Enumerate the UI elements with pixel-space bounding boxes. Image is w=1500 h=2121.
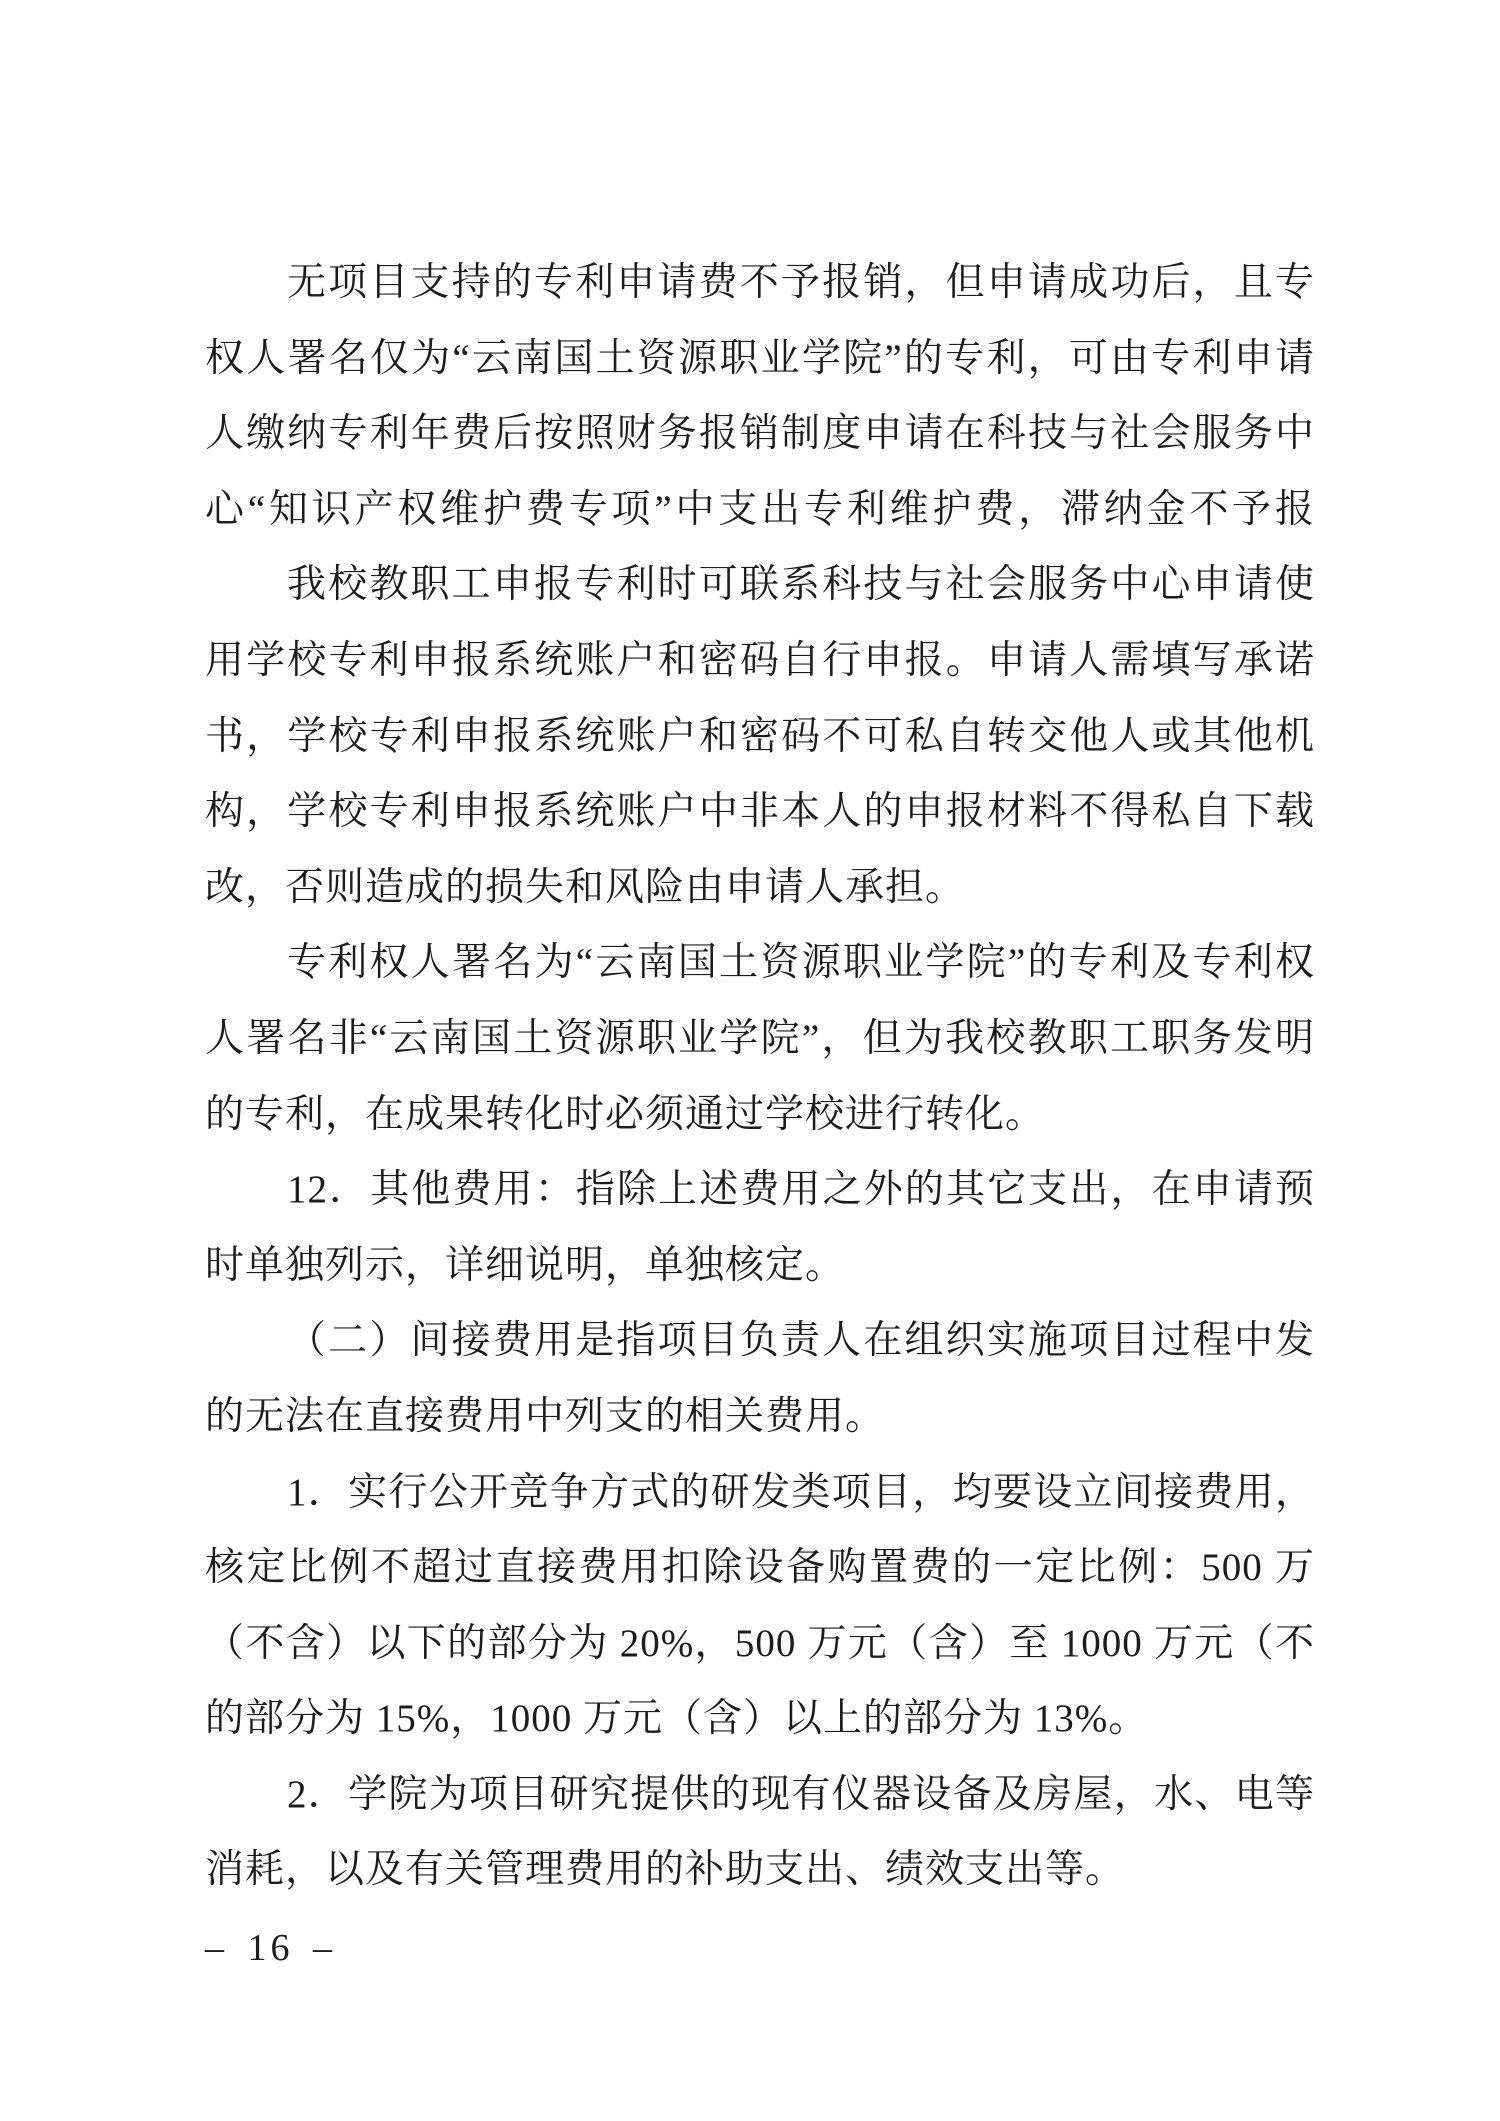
text-line: 人缴纳专利年费后按照财务报销制度申请在科技与社会服务中 bbox=[205, 396, 1315, 472]
document-body: 无项目支持的专利申请费不予报销，但申请成功后，且专利权人署名仅为“云南国土资源职… bbox=[205, 245, 1315, 1908]
text-line: 用学校专利申报系统账户和密码自行申报。申请人需填写承诺 bbox=[205, 623, 1315, 699]
text-line: 1．实行公开竞争方式的研发类项目，均要设立间接费用， bbox=[205, 1455, 1315, 1531]
text-line: 消耗，以及有关管理费用的补助支出、绩效支出等。 bbox=[205, 1832, 1315, 1908]
text-line: 我校教职工申报专利时可联系科技与社会服务中心申请使 bbox=[205, 547, 1315, 623]
text-line: 人署名非“云南国土资源职业学院”，但为我校教职工职务发明 bbox=[205, 1001, 1315, 1077]
text-line: 的专利，在成果转化时必须通过学校进行转化。 bbox=[205, 1077, 1315, 1153]
text-line: 2．学院为项目研究提供的现有仪器设备及房屋，水、电等 bbox=[205, 1757, 1315, 1833]
text-line: 专利权人署名为“云南国土资源职业学院”的专利及专利权 bbox=[205, 925, 1315, 1001]
text-line: 时单独列示，详细说明，单独核定。 bbox=[205, 1228, 1315, 1304]
text-line: （不含）以下的部分为 20%，500 万元（含）至 1000 万元（不含） bbox=[205, 1606, 1315, 1682]
text-line: 心“知识产权维护费专项”中支出专利维护费，滞纳金不予报销。 bbox=[205, 472, 1315, 548]
text-line: 权人署名仅为“云南国土资源职业学院”的专利，可由专利申请 bbox=[205, 321, 1315, 397]
text-line: 书，学校专利申报系统账户和密码不可私自转交他人或其他机 bbox=[205, 699, 1315, 775]
text-line: 的部分为 15%，1000 万元（含）以上的部分为 13%。 bbox=[205, 1681, 1315, 1757]
text-line: 12．其他费用：指除上述费用之外的其它支出，在申请预算 bbox=[205, 1152, 1315, 1228]
text-line: 的无法在直接费用中列支的相关费用。 bbox=[205, 1379, 1315, 1455]
page-footer: – 16 – bbox=[205, 1926, 336, 1970]
page-number: – 16 – bbox=[205, 1927, 336, 1969]
text-line: 无项目支持的专利申请费不予报销，但申请成功后，且专利 bbox=[205, 245, 1315, 321]
text-line: （二）间接费用是指项目负责人在组织实施项目过程中发生 bbox=[205, 1303, 1315, 1379]
text-line: 构，学校专利申报系统账户中非本人的申报材料不得私自下载修 bbox=[205, 774, 1315, 850]
text-line: 核定比例不超过直接费用扣除设备购置费的一定比例：500 万元 bbox=[205, 1530, 1315, 1606]
text-line: 改，否则造成的损失和风险由申请人承担。 bbox=[205, 850, 1315, 926]
document-page: 无项目支持的专利申请费不予报销，但申请成功后，且专利权人署名仅为“云南国土资源职… bbox=[0, 0, 1500, 2121]
